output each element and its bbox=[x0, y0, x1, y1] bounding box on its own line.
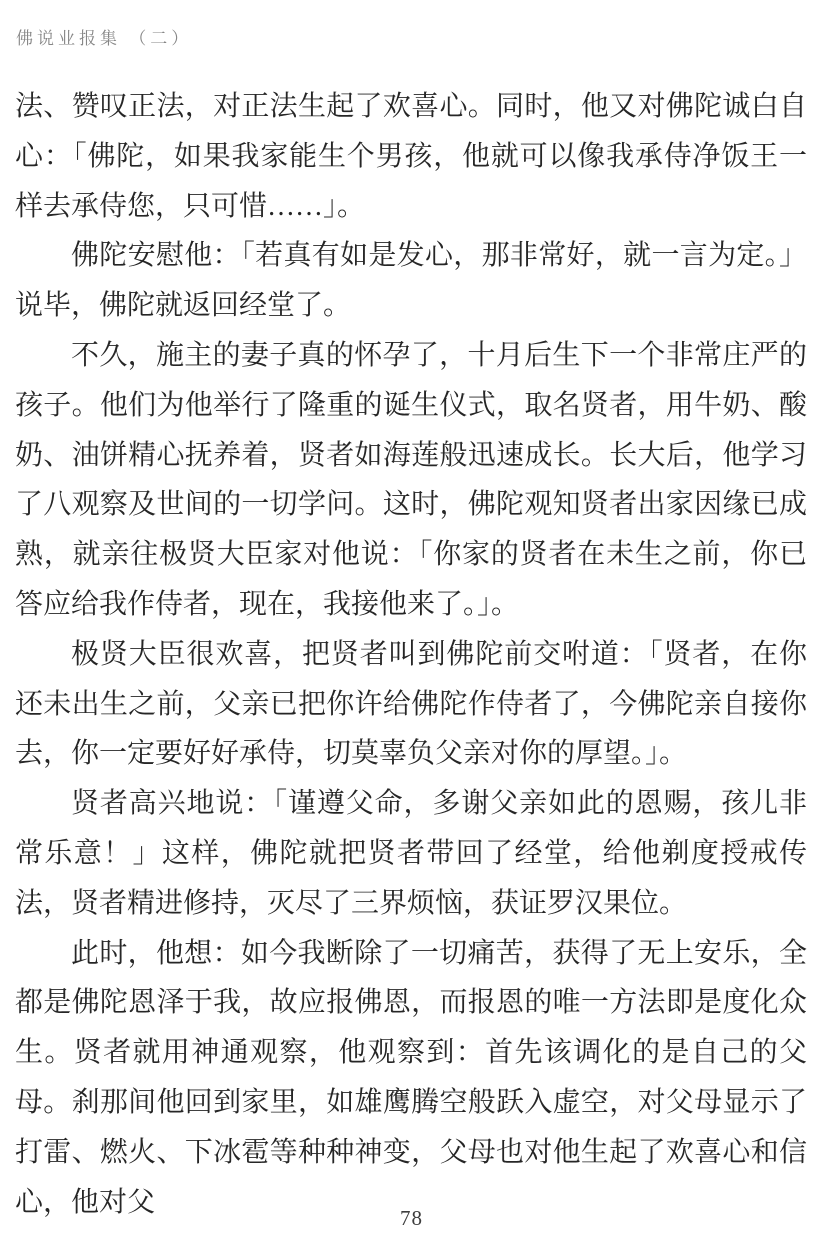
paragraph: 不久，施主的妻子真的怀孕了，十月后生下一个非常庄严的孩子。他们为他举行了隆重的诞… bbox=[15, 331, 807, 630]
running-header: 佛说业报集 （二） bbox=[16, 24, 192, 49]
book-page: 佛说业报集 （二） 法、赞叹正法，对正法生起了欢喜心。同时，他又对佛陀诚白自心：… bbox=[0, 0, 823, 1243]
paragraph: 极贤大臣很欢喜，把贤者叫到佛陀前交咐道：「贤者，在你还未出生之前，父亲已把你许给… bbox=[15, 630, 807, 779]
paragraph: 贤者高兴地说：「谨遵父命，多谢父亲如此的恩赐，孩儿非常乐意！」这样，佛陀就把贤者… bbox=[15, 779, 807, 928]
page-number: 78 bbox=[0, 1206, 823, 1231]
paragraph: 佛陀安慰他：「若真有如是发心，那非常好，就一言为定。」说毕，佛陀就返回经堂了。 bbox=[15, 231, 807, 331]
paragraph: 此时，他想：如今我断除了一切痛苦，获得了无上安乐，全都是佛陀恩泽于我，故应报佛恩… bbox=[15, 929, 807, 1228]
body-text: 法、赞叹正法，对正法生起了欢喜心。同时，他又对佛陀诚白自心：「佛陀，如果我家能生… bbox=[15, 82, 807, 1227]
paragraph: 法、赞叹正法，对正法生起了欢喜心。同时，他又对佛陀诚白自心：「佛陀，如果我家能生… bbox=[15, 82, 807, 231]
